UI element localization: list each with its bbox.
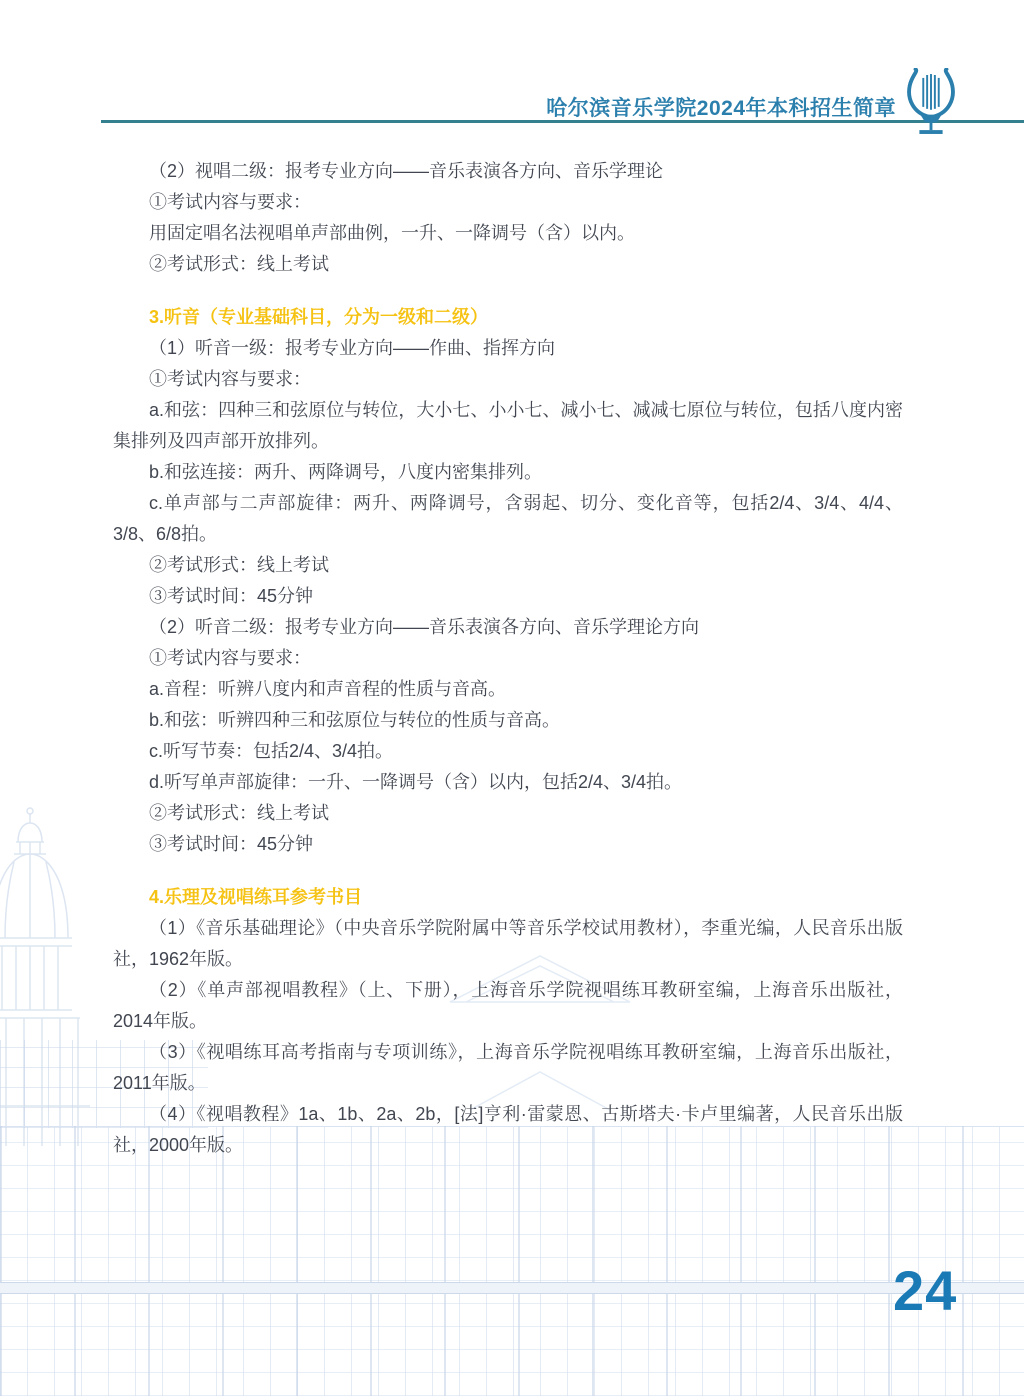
- paragraph: c.听写节奏：包括2/4、3/4拍。: [113, 736, 903, 767]
- section-heading-reference-books: 4.乐理及视唱练耳参考书目: [113, 882, 903, 913]
- lyre-icon: [902, 68, 960, 140]
- document-page: 哈尔滨音乐学院2024年本科招生简章 （2）视唱二级：报考专业方向——音乐表演各…: [0, 0, 1024, 1396]
- paragraph: ②考试形式：线上考试: [113, 550, 903, 581]
- page-number: 24: [893, 1258, 957, 1323]
- paragraph: ②考试形式：线上考试: [113, 249, 903, 280]
- paragraph: （2）视唱二级：报考专业方向——音乐表演各方向、音乐学理论: [113, 156, 903, 187]
- paragraph: c.单声部与二声部旋律：两升、两降调号，含弱起、切分、变化音等，包括2/4、3/…: [113, 488, 903, 550]
- paragraph: ①考试内容与要求：: [113, 643, 903, 674]
- paragraph: a.和弦：四种三和弦原位与转位，大小七、小小七、减小七、减减七原位与转位，包括八…: [113, 395, 903, 457]
- paragraph: b.和弦连接：两升、两降调号，八度内密集排列。: [113, 457, 903, 488]
- watermark-cornice-band: [0, 1282, 1024, 1294]
- watermark-pilasters: [0, 1126, 1024, 1396]
- paragraph: （3）《视唱练耳高考指南与专项训练》，上海音乐学院视唱练耳教研室编，上海音乐出版…: [113, 1037, 903, 1099]
- paragraph: （2）听音二级：报考专业方向——音乐表演各方向、音乐学理论方向: [113, 612, 903, 643]
- document-body: （2）视唱二级：报考专业方向——音乐表演各方向、音乐学理论 ①考试内容与要求： …: [113, 156, 903, 1161]
- paragraph: （1）听音一级：报考专业方向——作曲、指挥方向: [113, 333, 903, 364]
- paragraph: ①考试内容与要求：: [113, 187, 903, 218]
- paragraph: a.音程：听辨八度内和声音程的性质与音高。: [113, 674, 903, 705]
- paragraph: ②考试形式：线上考试: [113, 798, 903, 829]
- paragraph: d.听写单声部旋律：一升、一降调号（含）以内，包括2/4、3/4拍。: [113, 767, 903, 798]
- paragraph: b.和弦：听辨四种三和弦原位与转位的性质与音高。: [113, 705, 903, 736]
- paragraph: （1）《音乐基础理论》（中央音乐学院附属中等音乐学校试用教材），李重光编，人民音…: [113, 913, 903, 975]
- paragraph: ①考试内容与要求：: [113, 364, 903, 395]
- paragraph: （4）《视唱教程》1a、1b、2a、2b，[法]亨利·雷蒙恩、古斯塔夫·卡卢里编…: [113, 1099, 903, 1161]
- page-title: 哈尔滨音乐学院2024年本科招生简章: [546, 92, 896, 122]
- header-divider: [101, 120, 1024, 123]
- section-heading-listening: 3.听音（专业基础科目，分为一级和二级）: [113, 302, 903, 333]
- paragraph: 用固定唱名法视唱单声部曲例，一升、一降调号（含）以内。: [113, 218, 903, 249]
- paragraph: （2）《单声部视唱教程》（上、下册），上海音乐学院视唱练耳教研室编，上海音乐出版…: [113, 975, 903, 1037]
- paragraph: ③考试时间：45分钟: [113, 829, 903, 860]
- paragraph: ③考试时间：45分钟: [113, 581, 903, 612]
